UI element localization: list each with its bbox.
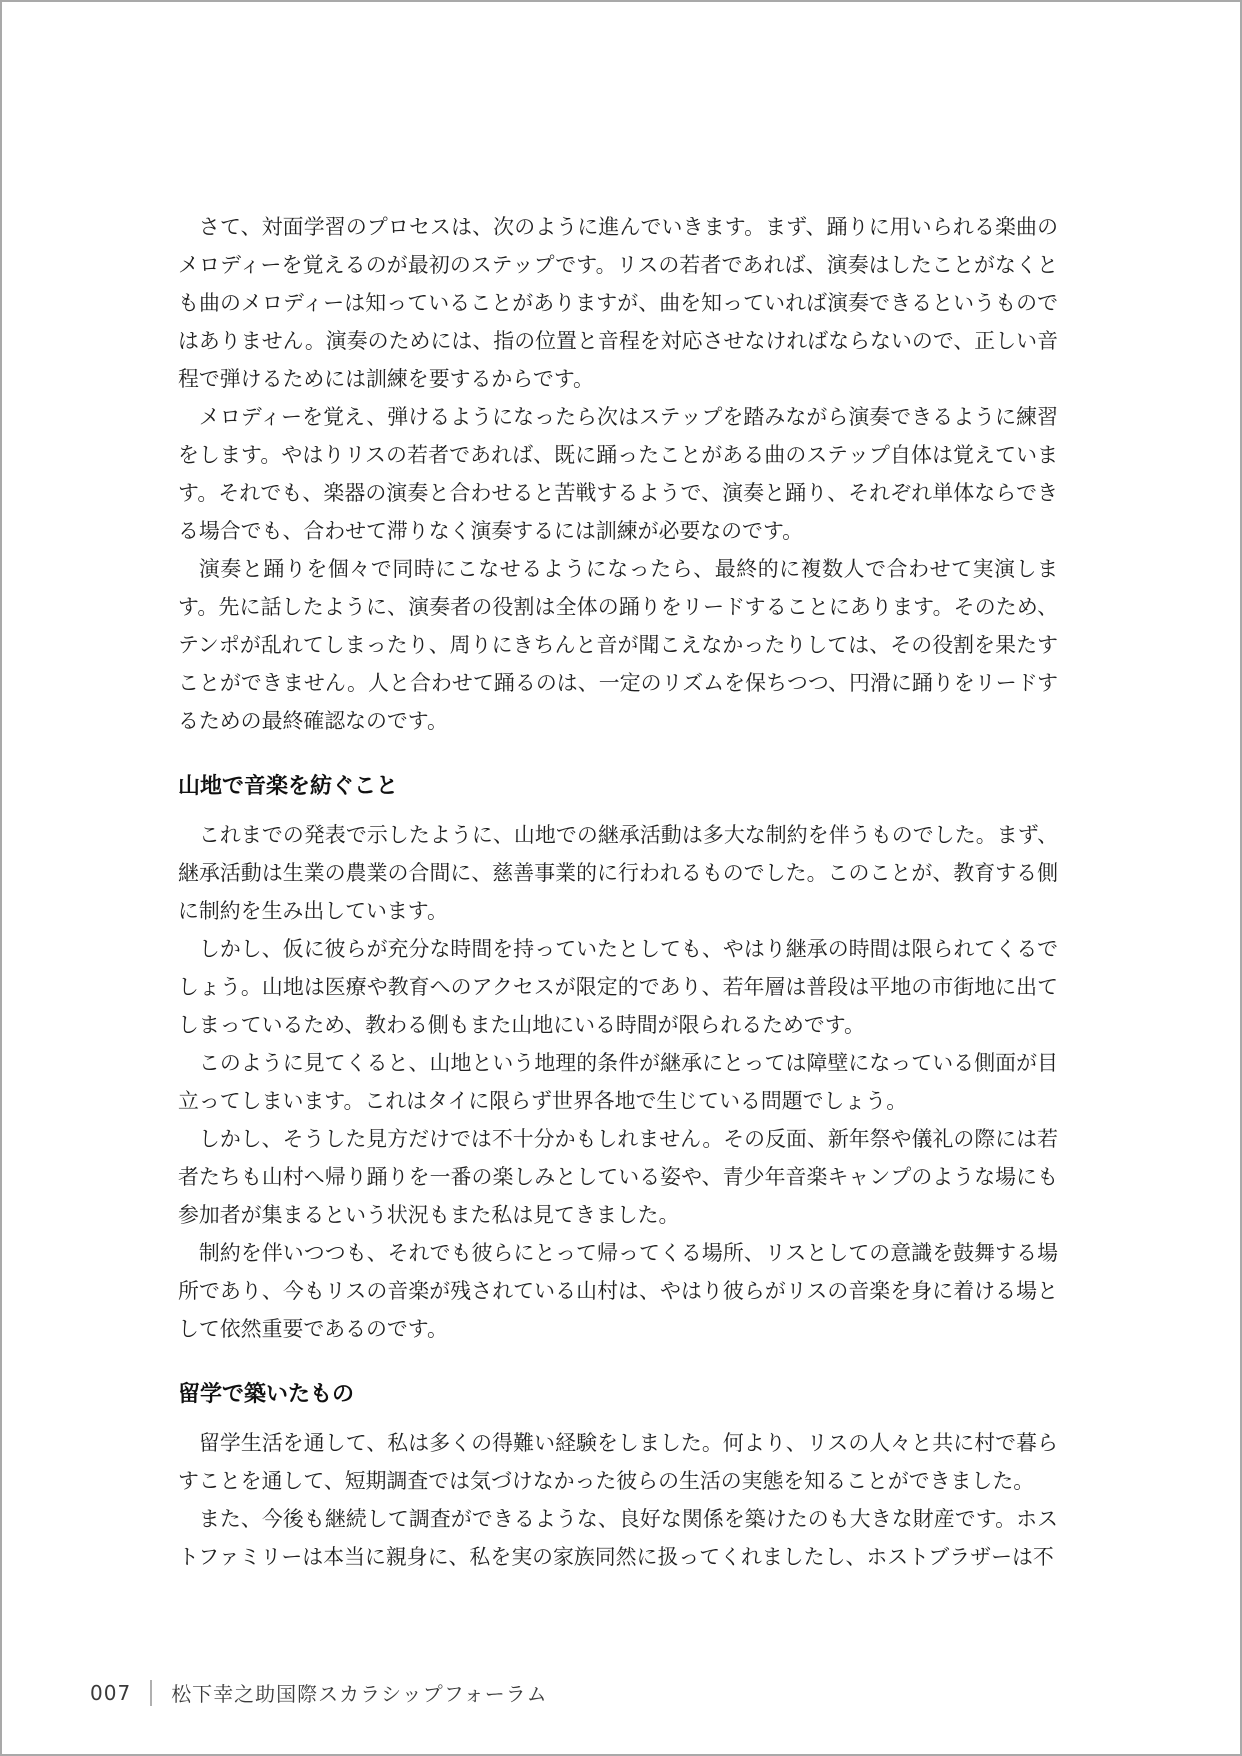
body-paragraph: しかし、そうした見方だけでは不十分かもしれません。その反面、新年祭や儀礼の際には… [178, 1120, 1058, 1234]
page-number: 007 [90, 1681, 131, 1705]
body-paragraph: このように見てくると、山地という地理的条件が継承にとっては障壁になっている側面が… [178, 1044, 1058, 1120]
body-paragraph: さて、対面学習のプロセスは、次のように進んでいきます。まず、踊りに用いられる楽曲… [178, 208, 1058, 398]
body-paragraph: 留学生活を通して、私は多くの得難い経験をしました。何より、リスの人々と共に村で暮… [178, 1424, 1058, 1500]
body-paragraph: これまでの発表で示したように、山地での継承活動は多大な制約を伴うものでした。まず… [178, 816, 1058, 930]
section-heading-mountain-music: 山地で音楽を紡ぐこと [178, 768, 1058, 806]
footer-running-title: 松下幸之助国際スカラシップフォーラム [171, 1678, 547, 1707]
footer-divider [150, 1680, 152, 1706]
section-heading-study-abroad: 留学で築いたもの [178, 1376, 1058, 1414]
document-page: さて、対面学習のプロセスは、次のように進んでいきます。まず、踊りに用いられる楽曲… [0, 0, 1242, 1756]
page-body: さて、対面学習のプロセスは、次のように進んでいきます。まず、踊りに用いられる楽曲… [178, 208, 1058, 1576]
body-paragraph: また、今後も継続して調査ができるような、良好な関係を築けたのも大きな財産です。ホ… [178, 1500, 1058, 1576]
body-paragraph: 制約を伴いつつも、それでも彼らにとって帰ってくる場所、リスとしての意識を鼓舞する… [178, 1234, 1058, 1348]
body-paragraph: 演奏と踊りを個々で同時にこなせるようになったら、最終的に複数人で合わせて実演しま… [178, 550, 1058, 740]
body-paragraph: しかし、仮に彼らが充分な時間を持っていたとしても、やはり継承の時間は限られてくる… [178, 930, 1058, 1044]
page-footer: 007 松下幸之助国際スカラシップフォーラム [90, 1678, 548, 1707]
body-paragraph: メロディーを覚え、弾けるようになったら次はステップを踏みながら演奏できるように練… [178, 398, 1058, 550]
